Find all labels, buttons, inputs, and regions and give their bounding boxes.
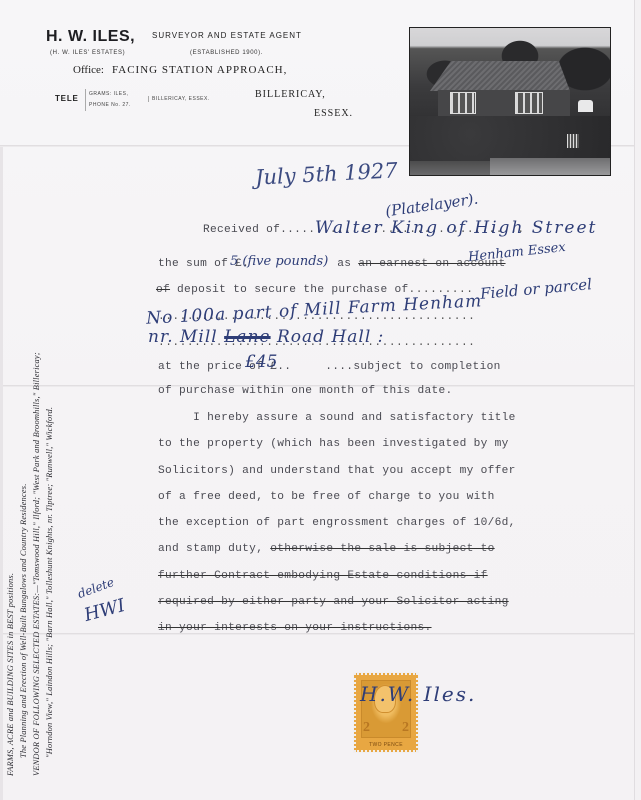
stamp-value-right: 2 [402,720,409,736]
window [515,92,543,114]
trading-name: (H. W. ILES' ESTATES) [50,50,125,56]
stamp-label: TWO PENCE [359,742,413,748]
title-paragraph-line: the exception of part engrossment charge… [158,517,516,529]
price-amount: £45 [245,352,277,372]
property-description-3: nr. Mill Lane Road Hall : [148,327,384,347]
prop3-start: nr. Mill [148,327,218,347]
side-line: FARMS, ACRE and BUILDING SITES in BEST p… [4,140,17,780]
struck-earnest-text: an earnest on account [358,258,505,270]
received-of-label: Received of.... [203,224,308,236]
office-address: Office:FACING STATION APPROACH, [73,64,287,76]
title-paragraph-line: I hereby assure a sound and satisfactory… [158,412,516,424]
office-address-text: FACING STATION APPROACH, [112,64,287,76]
payer-occupation: (Platelayer). [384,190,479,221]
company-role: SURVEYOR AND ESTATE AGENT [152,31,302,40]
price-line: at the price of £......subject to comple… [158,361,501,373]
margin-fold [0,147,3,800]
property-description-1: Field or parcel [479,275,592,303]
payer-name: Walter King of High Street [315,218,597,238]
title-paragraph-line: to the property (which has been investig… [158,438,509,450]
title-paragraph-line: of a free deed, to be free of charge to … [158,491,495,503]
margin-initials: HWI [82,595,127,626]
completion-line: of purchase within one month of this dat… [158,385,453,397]
sum-as: as [337,258,358,270]
side-advertising: FARMS, ACRE and BUILDING SITES in BEST p… [4,140,56,780]
struck-line: in your interests on your instructions. [158,622,432,634]
sum-amount: 5 (five pounds) [230,254,328,269]
struck-text: otherwise the sale is subject to [270,543,494,555]
deposit-text: deposit to secure the purchase of [170,284,408,296]
tele-town: BILLERICAY, ESSEX. [148,96,210,102]
path [490,158,610,175]
roof [430,61,570,91]
stamp-duty-line: and stamp duty, otherwise the sale is su… [158,543,495,555]
handwritten-date: July 5th 1927 [254,158,398,189]
window [450,92,476,114]
established-year: (ESTABLISHED 1900). [190,50,263,56]
county: ESSEX. [314,108,353,119]
sum-line: the sum of £.as an earnest on account [158,258,506,270]
tele-label: TELE [55,94,79,103]
struck-of: of [156,284,170,296]
side-line: "Horndon View," Laindon Hills; "Barn Hal… [43,140,56,780]
scratched-word: Lane [224,327,270,347]
telegrams: GRAMS: ILES, [85,89,131,100]
receipt-document: H. W. ILES, (H. W. ILES' ESTATES) SURVEY… [0,0,635,800]
signature: H.W. Iles. [360,682,476,706]
struck-line: further Contract embodying Estate condit… [158,570,488,582]
town: BILLERICAY, [255,89,326,100]
tele-details: GRAMS: ILES, PHONE No. 27. [85,89,131,111]
stamp-duty-text: and stamp duty, [158,543,270,555]
side-line: VENDOR OF FOLLOWING SELECTED ESTATES:—"T… [30,140,43,780]
prop3-end: Road Hall : [277,327,384,347]
sign-board [578,100,593,112]
struck-line: required by either party and your Solici… [158,596,509,608]
house-photo [409,27,611,176]
property-description-2: No 100a part of Mill Farm Henham [146,291,483,329]
gate [567,134,579,148]
title-paragraph-line: Solicitors) and understand that you acce… [158,465,516,477]
telephone: PHONE No. 27. [85,100,131,111]
company-name: H. W. ILES, [46,28,135,46]
side-line: The Planning and Erection of Well-Built … [17,140,30,780]
price-suffix: ....subject to completion [325,361,500,373]
stamp-value-left: 2 [363,720,370,736]
hedge [410,116,610,161]
office-label: Office: [73,64,104,76]
